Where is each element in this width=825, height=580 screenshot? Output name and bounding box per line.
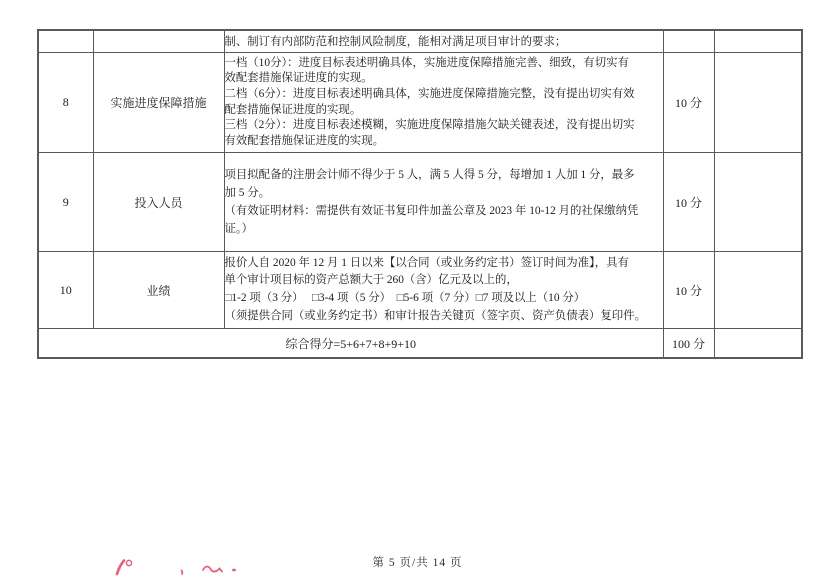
table-row-total: 综合得分=5+6+7+8+9+10 100 分 bbox=[38, 329, 802, 359]
row10-number-cell: 10 bbox=[38, 252, 93, 329]
red-tick-mark bbox=[182, 571, 183, 574]
evaluation-score-table: 制、制订有内部防范和控制风险制度，能相对满足项目审计的要求； 8 实施进度保障措… bbox=[37, 29, 803, 359]
table-row-9: 9 投入人员 项目拟配备的注册会计师不得少于 5 人，满 5 人得 5 分，每增… bbox=[38, 153, 802, 252]
row10-score-cell: 10 分 bbox=[663, 252, 714, 329]
table-row-8: 8 实施进度保障措施 一档（10分）：进度目标表述明确具体，实施进度保障措施完善… bbox=[38, 53, 802, 153]
table-row-continuation: 制、制订有内部防范和控制风险制度，能相对满足项目审计的要求； bbox=[38, 30, 802, 53]
row9-number-cell: 9 bbox=[38, 153, 93, 252]
row9-blank-cell bbox=[714, 153, 802, 252]
row9-criteria-cell: 项目拟配备的注册会计师不得少于 5 人，满 5 人得 5 分，每增加 1 人加 … bbox=[224, 153, 663, 252]
page-number-footer: 第 5 页/共 14 页 bbox=[0, 554, 825, 570]
total-score-formula-cell: 综合得分=5+6+7+8+9+10 bbox=[38, 329, 663, 359]
row8-item-name-cell: 实施进度保障措施 bbox=[93, 53, 224, 153]
row8-number-cell: 8 bbox=[38, 53, 93, 153]
table-row-10: 10 业绩 报价人自 2020 年 12 月 1 日以来【以合同（或业务约定书）… bbox=[38, 252, 802, 329]
row10-item-name-cell: 业绩 bbox=[93, 252, 224, 329]
row10-criteria-cell: 报价人自 2020 年 12 月 1 日以来【以合同（或业务约定书）签订时间为准… bbox=[224, 252, 663, 329]
continuation-number-cell bbox=[38, 30, 93, 53]
row9-item-name-cell: 投入人员 bbox=[93, 153, 224, 252]
row10-blank-cell bbox=[714, 252, 802, 329]
continuation-name-cell bbox=[93, 30, 224, 53]
continuation-description-cell: 制、制订有内部防范和控制风险制度，能相对满足项目审计的要求； bbox=[224, 30, 663, 53]
row8-criteria-cell: 一档（10分）：进度目标表述明确具体，实施进度保障措施完善、细致，有切实有 效配… bbox=[224, 53, 663, 153]
document-page: 制、制订有内部防范和控制风险制度，能相对满足项目审计的要求； 8 实施进度保障措… bbox=[0, 0, 825, 580]
total-score-cell: 100 分 bbox=[663, 329, 714, 359]
row8-score-cell: 10 分 bbox=[663, 53, 714, 153]
continuation-blank-cell bbox=[714, 30, 802, 53]
row9-score-cell: 10 分 bbox=[663, 153, 714, 252]
row8-blank-cell bbox=[714, 53, 802, 153]
total-blank-cell bbox=[714, 329, 802, 359]
continuation-score-cell bbox=[663, 30, 714, 53]
